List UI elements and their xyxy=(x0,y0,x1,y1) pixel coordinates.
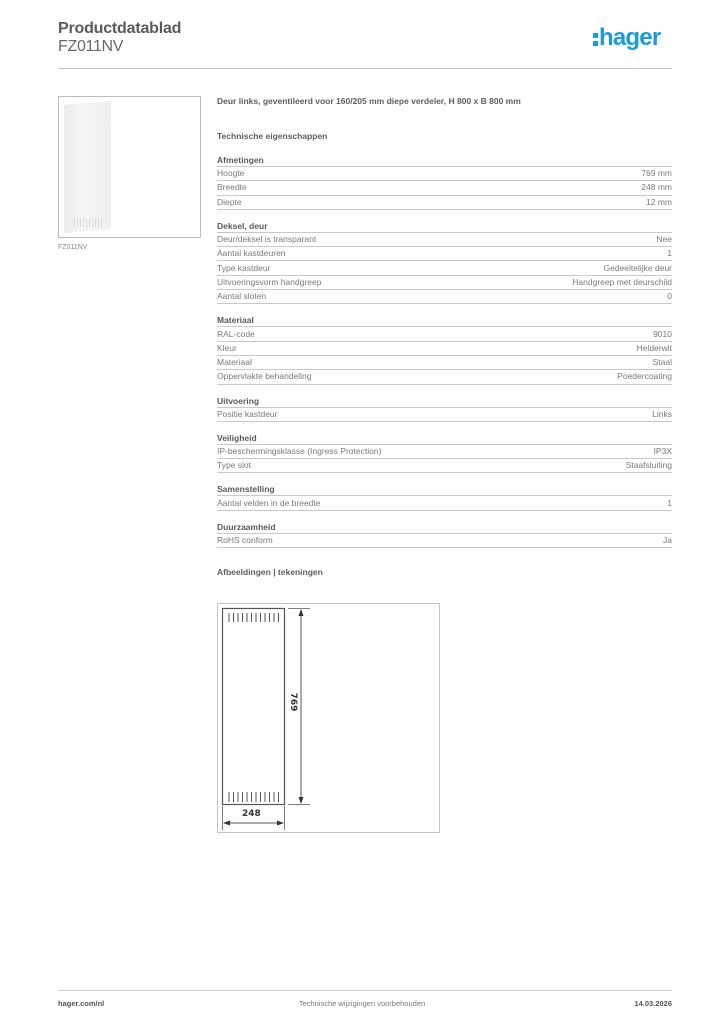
top-vent-slots xyxy=(229,613,279,622)
spec-row: Positie kastdeurLinks xyxy=(217,408,672,422)
spec-groups: AfmetingenHoogte769 mmBreedte248 mmDiept… xyxy=(217,154,672,548)
spec-row: Uitvoeringsvorm handgreepHandgreep met d… xyxy=(217,276,672,290)
spec-label: Uitvoeringsvorm handgreep xyxy=(217,276,321,289)
spec-value: IP3X xyxy=(654,445,672,458)
spec-row: KleurHelderwit xyxy=(217,342,672,356)
spec-group-title: Duurzaamheid xyxy=(217,521,672,534)
spec-label: Diepte xyxy=(217,196,242,209)
technical-drawing: 769 248 xyxy=(217,603,440,833)
spec-value: Nee xyxy=(656,233,672,246)
spec-value: Staafsluiting xyxy=(626,459,672,472)
height-dimension-label: 769 xyxy=(288,690,298,714)
bottom-vent-slots xyxy=(229,792,279,802)
door-panel-image xyxy=(64,101,111,233)
header-divider xyxy=(58,68,672,69)
spec-row: RAL-code9010 xyxy=(217,327,672,341)
footer-divider xyxy=(58,990,672,991)
spec-group-title: Uitvoering xyxy=(217,395,672,408)
spec-value: Handgreep met deurschild xyxy=(572,276,672,289)
spec-label: Deur/deksel is transparant xyxy=(217,233,316,246)
spec-label: Aantal velden in de breedte xyxy=(217,497,321,510)
spec-value: 12 mm xyxy=(646,196,672,209)
spec-row: IP-beschermingsklasse (Ingress Protectio… xyxy=(217,445,672,459)
product-description: Deur links, geventileerd voor 160/205 mm… xyxy=(217,95,672,109)
spec-value: Links xyxy=(652,408,672,421)
hager-logo: hager xyxy=(593,26,660,50)
technical-properties-heading: Technische eigenschappen xyxy=(217,130,672,142)
footer-notice: Technische wijzigingen voorbehouden xyxy=(0,999,724,1008)
spec-group: Deksel, deurDeur/deksel is transparantNe… xyxy=(217,220,672,304)
logo-colon-icon xyxy=(593,30,598,46)
spec-row: Aantal kastdeuren1 xyxy=(217,247,672,261)
spec-group: MateriaalRAL-code9010KleurHelderwitMater… xyxy=(217,314,672,384)
spec-value: 1 xyxy=(667,497,672,510)
product-code: FZ011NV xyxy=(58,38,123,56)
spec-label: RoHS conform xyxy=(217,534,273,547)
spec-label: RAL-code xyxy=(217,328,255,341)
spec-row: Deur/deksel is transparantNee xyxy=(217,233,672,247)
footer-date: 14.03.2026 xyxy=(634,999,672,1008)
spec-group-title: Samenstelling xyxy=(217,483,672,496)
spec-label: Materiaal xyxy=(217,356,252,369)
spec-row: Breedte248 mm xyxy=(217,181,672,195)
spec-group: UitvoeringPositie kastdeurLinks xyxy=(217,395,672,422)
spec-row: Hoogte769 mm xyxy=(217,167,672,181)
spec-label: Type slot xyxy=(217,459,251,472)
spec-value: 769 mm xyxy=(641,167,672,180)
spec-value: 9010 xyxy=(653,328,672,341)
door-drawing-svg xyxy=(218,604,441,834)
spec-group-title: Veiligheid xyxy=(217,432,672,445)
spec-row: RoHS conformJa xyxy=(217,534,672,548)
spec-group-title: Afmetingen xyxy=(217,154,672,167)
product-photo xyxy=(58,96,201,238)
images-drawings-heading: Afbeeldingen | tekeningen xyxy=(217,566,672,578)
spec-label: Kleur xyxy=(217,342,237,355)
spec-label: IP-beschermingsklasse (Ingress Protectio… xyxy=(217,445,381,458)
product-specs: Deur links, geventileerd voor 160/205 mm… xyxy=(217,95,672,578)
spec-row: Diepte12 mm xyxy=(217,196,672,210)
spec-value: Ja xyxy=(663,534,672,547)
spec-label: Hoogte xyxy=(217,167,244,180)
spec-value: 0 xyxy=(667,290,672,303)
spec-group: SamenstellingAantal velden in de breedte… xyxy=(217,483,672,510)
page-title: Productdatablad xyxy=(58,20,181,38)
width-dimension-label: 248 xyxy=(242,809,261,819)
spec-group: VeiligheidIP-beschermingsklasse (Ingress… xyxy=(217,432,672,474)
spec-row: Aantal velden in de breedte1 xyxy=(217,496,672,510)
spec-row: Oppervlakte behandelingPoedercoating xyxy=(217,370,672,384)
spec-row: MateriaalStaal xyxy=(217,356,672,370)
logo-text: hager xyxy=(599,24,660,51)
spec-label: Aantal sloten xyxy=(217,290,266,303)
spec-value: Staal xyxy=(653,356,672,369)
spec-value: Helderwit xyxy=(637,342,672,355)
spec-group-title: Materiaal xyxy=(217,314,672,327)
spec-value: Poedercoating xyxy=(617,370,672,383)
spec-label: Oppervlakte behandeling xyxy=(217,370,312,383)
spec-label: Breedte xyxy=(217,181,247,194)
spec-label: Aantal kastdeuren xyxy=(217,247,286,260)
spec-value: 1 xyxy=(667,247,672,260)
product-photo-caption: FZ011NV xyxy=(58,244,87,251)
spec-row: Aantal sloten0 xyxy=(217,290,672,304)
spec-label: Type kastdeur xyxy=(217,262,270,275)
spec-group-title: Deksel, deur xyxy=(217,220,672,233)
spec-value: 248 mm xyxy=(641,181,672,194)
spec-label: Positie kastdeur xyxy=(217,408,277,421)
spec-row: Type kastdeurGedeeltelijke deur xyxy=(217,261,672,275)
spec-row: Type slotStaafsluiting xyxy=(217,459,672,473)
spec-value: Gedeeltelijke deur xyxy=(603,262,672,275)
spec-group: AfmetingenHoogte769 mmBreedte248 mmDiept… xyxy=(217,154,672,210)
spec-group: DuurzaamheidRoHS conformJa xyxy=(217,521,672,548)
